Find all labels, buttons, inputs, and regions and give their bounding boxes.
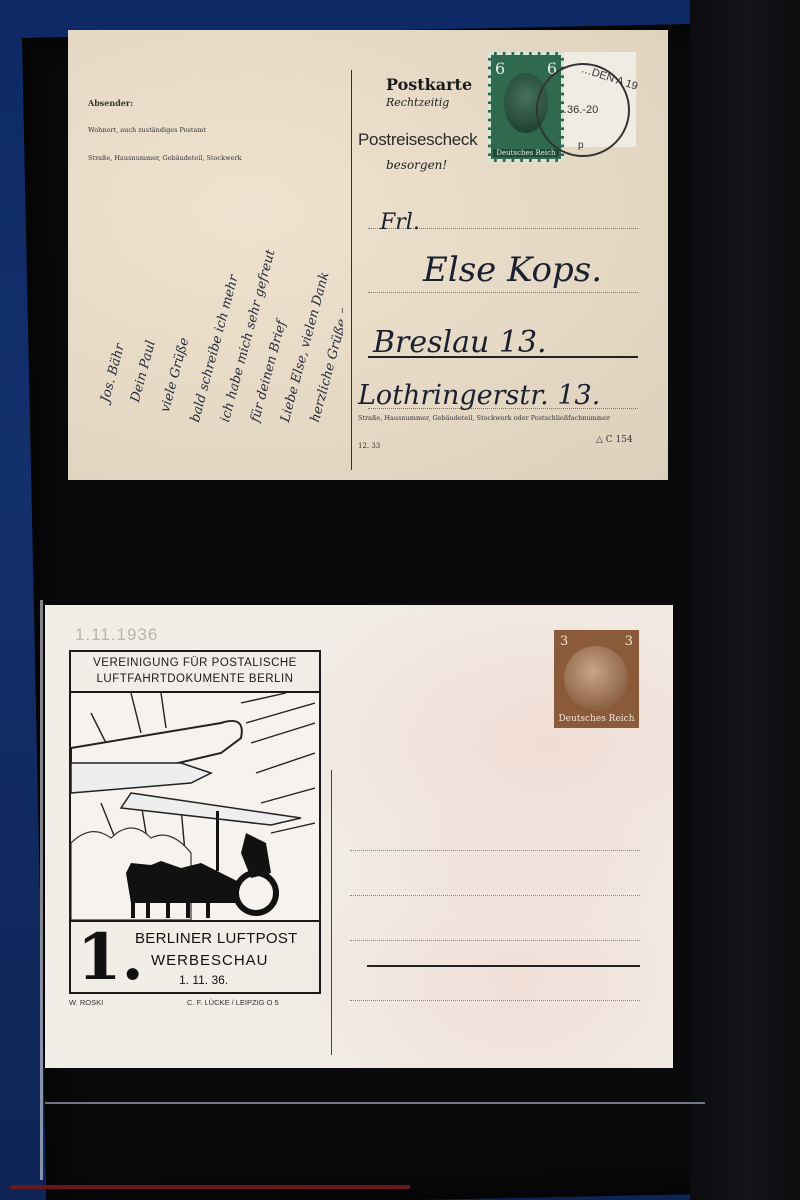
airplane-quadriga-icon xyxy=(71,693,315,920)
event-line: WERBESCHAU xyxy=(151,952,269,969)
printer-credit: C. F. LÜCKE / LEIPZIG O 5 xyxy=(187,998,279,1007)
card-divider xyxy=(351,70,352,470)
stamp-caption: Deutsches Reich xyxy=(493,149,559,157)
address-label: Straße, Hausnummer, Gebäudeteil, Stockwe… xyxy=(358,414,610,422)
postmark-date: …36.-20 xyxy=(556,104,598,116)
form-code: △ C 154 xyxy=(596,435,633,445)
card-subtitle: Rechtzeitig xyxy=(386,96,449,109)
address-line xyxy=(350,940,640,941)
address-line xyxy=(350,895,640,896)
stamp-caption: Deutsches Reich xyxy=(554,714,639,724)
pencil-note: 1.11.1936 xyxy=(75,625,158,645)
sender-label: Straße, Hausnummer, Gebäudeteil, Stockwe… xyxy=(88,154,242,162)
message-line: Dein Paul xyxy=(128,339,159,404)
illustration xyxy=(71,693,319,922)
stamp-value: 3 xyxy=(625,634,633,649)
recipient-street: Lothringerstr. 13. xyxy=(358,380,600,411)
vignette: VEREINIGUNG FÜR POSTALISCHE LUFTFAHRTDOK… xyxy=(69,650,321,994)
address-line xyxy=(368,292,638,294)
artist-credit: W. ROSKI xyxy=(69,998,103,1007)
sleeve-edge-bottom xyxy=(45,1102,705,1104)
vignette-footer: 1. BERLINER LUFTPOST WERBESCHAU 1. 11. 3… xyxy=(71,922,319,994)
recipient-salutation: Frl. xyxy=(380,210,420,235)
event-line: BERLINER LUFTPOST xyxy=(135,930,298,947)
recipient-name: Else Kops. xyxy=(423,250,602,290)
message-line: viele Grüße xyxy=(158,336,192,414)
vignette-header: VEREINIGUNG FÜR POSTALISCHE LUFTFAHRTDOK… xyxy=(71,652,319,693)
address-line xyxy=(350,1000,640,1001)
postmark-slogan-suffix: besorgen! xyxy=(386,158,447,172)
postmark-slogan: Postreisescheck xyxy=(358,130,477,150)
stamp-brown: 3 3 Deutsches Reich xyxy=(554,630,639,728)
print-date: 12. 33 xyxy=(358,442,380,450)
event-date: 1. 11. 36. xyxy=(179,973,228,987)
address-line xyxy=(350,850,640,851)
card-divider xyxy=(331,770,332,1055)
card-title: Postkarte xyxy=(386,75,472,94)
portrait-icon xyxy=(564,646,628,710)
header-line: LUFTFAHRTDOKUMENTE BERLIN xyxy=(71,671,319,687)
stamp-value: 6 xyxy=(495,59,505,78)
ordinal: 1. xyxy=(77,920,144,995)
sender-label: Absender: xyxy=(88,98,133,108)
album-red-edge xyxy=(10,1185,410,1189)
recipient-city: Breslau 13. xyxy=(373,325,547,360)
album-binding xyxy=(690,0,800,1200)
header-line: VEREINIGUNG FÜR POSTALISCHE xyxy=(71,655,319,671)
sender-label: Wohnort, auch zuständiges Postamt xyxy=(88,126,206,134)
message-line: Jos. Bähr xyxy=(98,342,128,404)
postcard-bottom: 1.11.1936 VEREINIGUNG FÜR POSTALISCHE LU… xyxy=(45,605,673,1068)
stamp-value: 3 xyxy=(560,634,568,649)
address-line-solid xyxy=(367,965,640,967)
sleeve-edge xyxy=(40,600,43,1180)
postcard-top: Jos. Bähr Dein Paul viele Grüße bald sch… xyxy=(68,30,668,480)
postmark-letter: p xyxy=(578,140,584,151)
